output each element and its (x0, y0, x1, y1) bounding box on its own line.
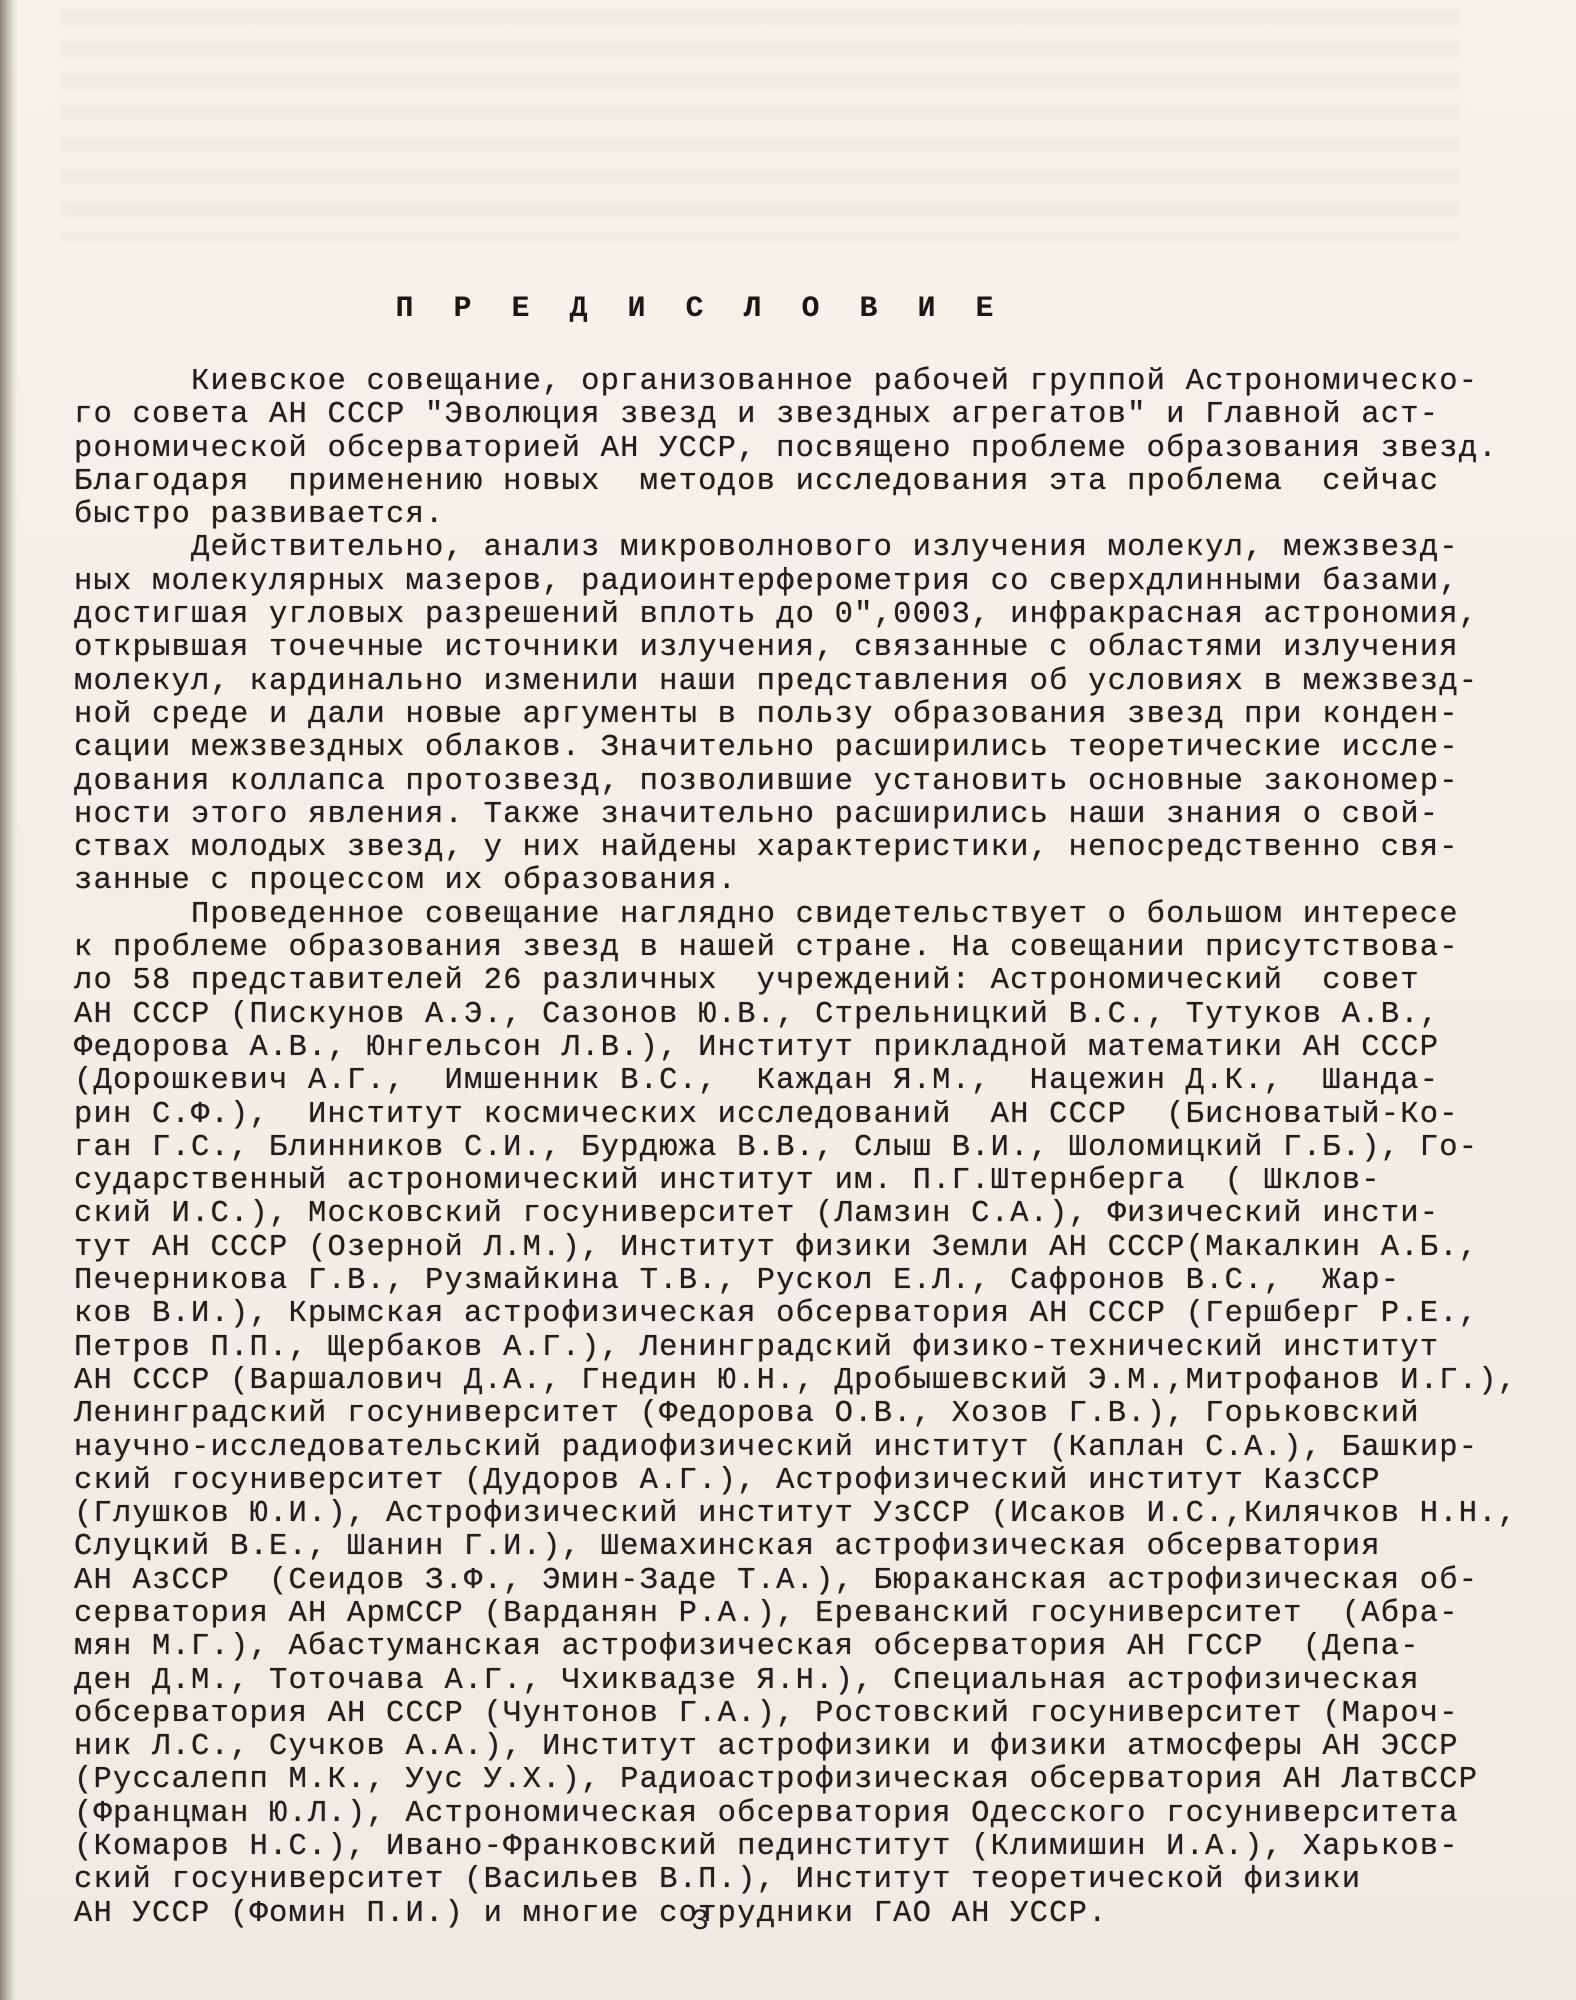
text-line: (Руссалепп М.К., Уус У.Х.), Радиоастрофи… (74, 1764, 1434, 1797)
text-line: достигшая угловых разрешений вплоть до 0… (74, 599, 1434, 632)
text-line: обсерватория АН СССР (Чунтонов Г.А.), Ро… (74, 1698, 1434, 1731)
text-line: Проведенное совещание наглядно свидетель… (74, 899, 1434, 932)
reverse-side-show-through (60, 10, 1460, 240)
text-line: научно-исследовательский радиофизический… (74, 1432, 1434, 1465)
text-line: Ленинградский госуниверситет (Федорова О… (74, 1398, 1434, 1431)
text-line: ский госуниверситет (Дудоров А.Г.), Астр… (74, 1465, 1434, 1498)
text-line: Киевское совещание, организованное рабоч… (74, 366, 1434, 399)
text-line: сударственный астрономический институт и… (74, 1165, 1434, 1198)
text-line: рономической обсерваторией АН УССР, посв… (74, 433, 1434, 466)
text-line: го совета АН СССР "Эволюция звезд и звез… (74, 399, 1434, 432)
text-line: Слуцкий В.Е., Шанин Г.И.), Шемахинская а… (74, 1531, 1434, 1564)
text-line: ков В.И.), Крымская астрофизическая обсе… (74, 1298, 1434, 1331)
text-line: открывшая точечные источники излучения, … (74, 632, 1434, 665)
text-line: ной среде и дали новые аргументы в польз… (74, 699, 1434, 732)
scanned-page: П Р Е Д И С Л О В И Е Киевское совещание… (0, 0, 1576, 2000)
text-line: дования коллапса протозвезд, позволившие… (74, 766, 1434, 799)
text-line: серватория АН АрмССР (Варданян Р.А.), Ер… (74, 1598, 1434, 1631)
text-line: мян М.Г.), Абастуманская астрофизическая… (74, 1631, 1434, 1664)
text-line: Петров П.П., Щербаков А.Г.), Ленинградск… (74, 1332, 1434, 1365)
page-title: П Р Е Д И С Л О В И Е (0, 292, 1400, 326)
paragraph: Киевское совещание, организованное рабоч… (74, 366, 1434, 532)
paragraph: Проведенное совещание наглядно свидетель… (74, 899, 1434, 1931)
text-line: ник Л.С., Сучков А.А.), Институт астрофи… (74, 1731, 1434, 1764)
text-line: АН УССР (Фомин П.И.) и многие сотрудники… (74, 1898, 1434, 1931)
text-line: ло 58 представителей 26 различных учрежд… (74, 965, 1434, 998)
text-line: ский И.С.), Московский госуниверситет (Л… (74, 1198, 1434, 1231)
text-line: тут АН СССР (Озерной Л.М.), Институт физ… (74, 1232, 1434, 1265)
text-line: Печерникова Г.В., Рузмайкина Т.В., Руско… (74, 1265, 1434, 1298)
text-line: АН АзССР (Сеидов З.Ф., Эмин-Заде Т.А.), … (74, 1565, 1434, 1598)
text-line: ных молекулярных мазеров, радиоинтерферо… (74, 566, 1434, 599)
text-line: занные с процессом их образования. (74, 865, 1434, 898)
text-line: ский госуниверситет (Васильев В.П.), Инс… (74, 1864, 1434, 1897)
preface-body: Киевское совещание, организованное рабоч… (74, 366, 1434, 1931)
text-line: ган Г.С., Блинников С.И., Бурдюжа В.В., … (74, 1132, 1434, 1165)
text-line: Благодаря применению новых методов иссле… (74, 466, 1434, 499)
text-line: Действительно, анализ микроволнового изл… (74, 532, 1434, 565)
text-line: АН СССР (Пискунов А.Э., Сазонов Ю.В., Ст… (74, 999, 1434, 1032)
text-line: молекул, кардинально изменили наши предс… (74, 666, 1434, 699)
text-line: (Глушков Ю.И.), Астрофизический институт… (74, 1498, 1434, 1531)
text-line: АН СССР (Варшалович Д.А., Гнедин Ю.Н., Д… (74, 1365, 1434, 1398)
text-line: сации межзвездных облаков. Значительно р… (74, 732, 1434, 765)
text-line: рин С.Ф.), Институт космических исследов… (74, 1099, 1434, 1132)
text-line: ности этого явления. Также значительно р… (74, 799, 1434, 832)
text-line: ствах молодых звезд, у них найдены харак… (74, 832, 1434, 865)
text-line: (Францман Ю.Л.), Астрономическая обсерва… (74, 1798, 1434, 1831)
text-line: (Дорошкевич А.Г., Имшенник В.С., Каждан … (74, 1065, 1434, 1098)
paragraph: Действительно, анализ микроволнового изл… (74, 532, 1434, 898)
text-line: быстро развивается. (74, 499, 1434, 532)
text-line: (Комаров Н.С.), Ивано-Франковский пединс… (74, 1831, 1434, 1864)
page-number: 3 (680, 1905, 720, 1939)
text-line: ден Д.М., Тоточава А.Г., Чхиквадзе Я.Н.)… (74, 1665, 1434, 1698)
text-line: Федорова А.В., Юнгельсон Л.В.), Институт… (74, 1032, 1434, 1065)
text-line: к проблеме образования звезд в нашей стр… (74, 932, 1434, 965)
